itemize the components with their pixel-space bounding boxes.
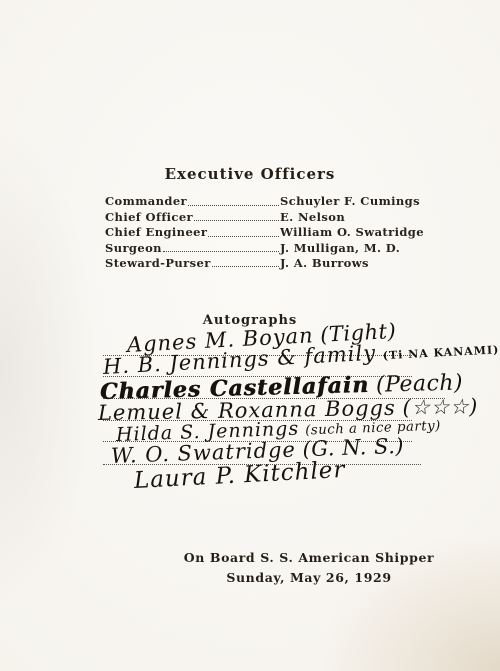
dot-leader <box>194 220 279 221</box>
dot-leader <box>208 236 279 237</box>
officer-name: E. Nelson <box>280 210 421 224</box>
executive-officers-title: Executive Officers <box>0 165 500 183</box>
officer-label: Chief Officer <box>105 210 193 224</box>
officer-label: Commander <box>105 194 187 208</box>
officer-label: Surgeon <box>105 241 162 255</box>
officer-row-surgeon: Surgeon J. Mulligan, M. D. <box>105 239 421 254</box>
officer-name: Schuyler F. Cumings <box>280 194 421 208</box>
officer-name: J. A. Burrows <box>280 256 421 270</box>
signature-note: (Peach) <box>376 370 464 397</box>
footer-block: On Board S. S. American Shipper Sunday, … <box>118 548 500 588</box>
footer-date-line: Sunday, May 26, 1929 <box>118 568 500 588</box>
officer-label: Chief Engineer <box>105 225 207 239</box>
dot-leader <box>188 205 279 206</box>
officer-row-steward-purser: Steward-Purser J. A. Burrows <box>105 255 421 270</box>
signature-note: (Ti NA KANAMI) <box>382 343 499 362</box>
officer-name: William O. Swatridge <box>280 225 421 239</box>
officer-name: J. Mulligan, M. D. <box>280 241 421 255</box>
signature-note: (G. N. S.) <box>302 434 404 462</box>
dot-leader <box>163 251 279 252</box>
footer-ship-line: On Board S. S. American Shipper <box>118 548 500 568</box>
officer-row-commander: Commander Schuyler F. Cumings <box>105 193 421 208</box>
officer-row-chief-officer: Chief Officer E. Nelson <box>105 208 421 223</box>
scanned-document-page: Executive Officers Commander Schuyler F.… <box>0 0 500 671</box>
officer-row-chief-engineer: Chief Engineer William O. Swatridge <box>105 224 421 239</box>
dot-leader <box>212 266 279 267</box>
officers-table: Commander Schuyler F. Cumings Chief Offi… <box>105 193 421 270</box>
officer-label: Steward-Purser <box>105 256 211 270</box>
